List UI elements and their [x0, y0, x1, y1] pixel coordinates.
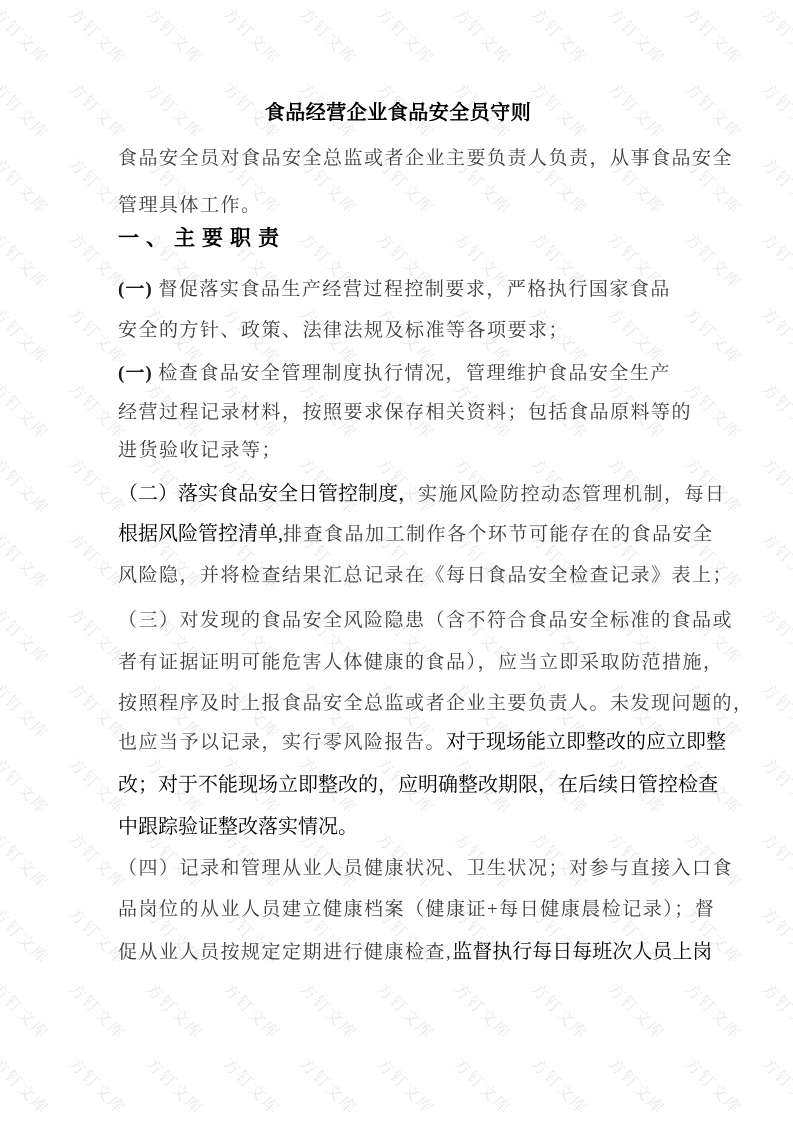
- list-item-marker: (一): [118, 363, 158, 384]
- text-run: 对于现场能立即整改的应立即整: [446, 731, 726, 753]
- text-run: 促从业人员按规定定期进行健康检查,: [118, 942, 452, 963]
- text-run: 排查食品加工制作各个环节可能存在的食品安全: [283, 524, 714, 545]
- text-line: 中跟踪验证整改落实情况。: [118, 814, 678, 842]
- text-run: 改；对于不能现场立即整改的，应明确整改期限，在后续日管控检查: [118, 774, 718, 796]
- text-run: 检查食品安全管理制度执行情况，管理维护食品安全生产: [158, 363, 671, 384]
- text-run: 根据风险管控清单,: [118, 523, 283, 545]
- text-line: 进货验收记录等；: [118, 438, 678, 465]
- text-line: 管理具体工作。: [118, 193, 678, 220]
- text-run: （二）落实食品安全日管控制度，: [118, 483, 418, 505]
- text-line: 促从业人员按规定定期进行健康检查,监督执行每日每班次人员上岗: [118, 939, 678, 967]
- text-run: 者有证据证明可能危害人体健康的食品），应当立即采取防范措施，: [118, 652, 724, 673]
- text-run: 实施风险防控动态管理机制，每日: [418, 484, 726, 505]
- section-heading: 一、主要职责: [118, 226, 678, 252]
- text-run: 管理具体工作。: [118, 195, 262, 216]
- document-content: 食品经营企业食品安全员守则 食品安全员对食品安全总监或者企业主要负责人负责，从事…: [0, 0, 793, 1122]
- text-line: （二）落实食品安全日管控制度，实施风险防控动态管理机制，每日: [118, 481, 678, 509]
- text-line: 也应当予以记录，实行零风险报告。对于现场能立即整改的应立即整: [118, 729, 678, 757]
- text-run: 品岗位的从业人员建立健康档案（健康证+每日健康晨检记录）；督: [118, 899, 715, 920]
- text-run: 督促落实食品生产经营过程控制要求，严格执行国家食品: [158, 279, 671, 300]
- text-line: 根据风险管控清单,排查食品加工制作各个环节可能存在的食品安全: [118, 521, 678, 549]
- text-run: 监督执行每日每班次人员上岗: [452, 941, 712, 963]
- text-line: 风险隐，并将检查结果汇总记录在《每日食品安全检查记录》表上；: [118, 563, 678, 590]
- text-line: （四）记录和管理从业人员健康状况、卫生状况；对参与直接入口食: [118, 856, 678, 883]
- text-line: （三）对发现的食品安全风险隐患（含不符合食品安全标准的食品或: [118, 608, 678, 635]
- text-line: 经营过程记录材料，按照要求保存相关资料；包括食品原料等的: [118, 400, 678, 427]
- text-line: 品岗位的从业人员建立健康档案（健康证+每日健康晨检记录）；督: [118, 897, 678, 924]
- text-line: 者有证据证明可能危害人体健康的食品），应当立即采取防范措施，: [118, 650, 678, 677]
- text-run: 中跟踪验证整改落实情况。: [118, 816, 358, 838]
- document-title: 食品经营企业食品安全员守则: [118, 100, 678, 126]
- text-line: 安全的方针、政策、法律法规及标准等各项要求；: [118, 318, 678, 345]
- text-line: (一) 督促落实食品生产经营过程控制要求，严格执行国家食品: [118, 277, 678, 304]
- document-page: 方钉文库方钉文库方钉文库方钉文库方钉文库方钉文库方钉文库方钉文库方钉文库方钉文库…: [0, 0, 793, 1122]
- text-line: (一) 检查食品安全管理制度执行情况，管理维护食品安全生产: [118, 361, 678, 388]
- text-run: （四）记录和管理从业人员健康状况、卫生状况；对参与直接入口食: [118, 858, 733, 879]
- list-item-marker: (一): [118, 279, 158, 300]
- text-line: 食品安全员对食品安全总监或者企业主要负责人负责，从事食品安全: [118, 146, 678, 173]
- text-line: 按照程序及时上报食品安全总监或者企业主要负责人。未发现问题的，: [118, 691, 678, 718]
- text-run: （三）对发现的食品安全风险隐患（含不符合食品安全标准的食品或: [118, 610, 733, 631]
- text-run: 经营过程记录材料，按照要求保存相关资料；包括食品原料等的: [118, 402, 692, 423]
- text-run: 食品安全员对食品安全总监或者企业主要负责人负责，从事食品安全: [118, 148, 733, 169]
- text-run: 安全的方针、政策、法律法规及标准等各项要求；: [118, 320, 569, 341]
- text-run: 也应当予以记录，实行零风险报告。: [118, 732, 446, 753]
- text-run: 风险隐，并将检查结果汇总记录在《每日食品安全检查记录》表上；: [118, 565, 733, 586]
- text-line: 改；对于不能现场立即整改的，应明确整改期限，在后续日管控检查: [118, 772, 678, 800]
- text-run: 进货验收记录等；: [118, 440, 282, 461]
- text-run: 按照程序及时上报食品安全总监或者企业主要负责人。未发现问题的，: [118, 693, 754, 714]
